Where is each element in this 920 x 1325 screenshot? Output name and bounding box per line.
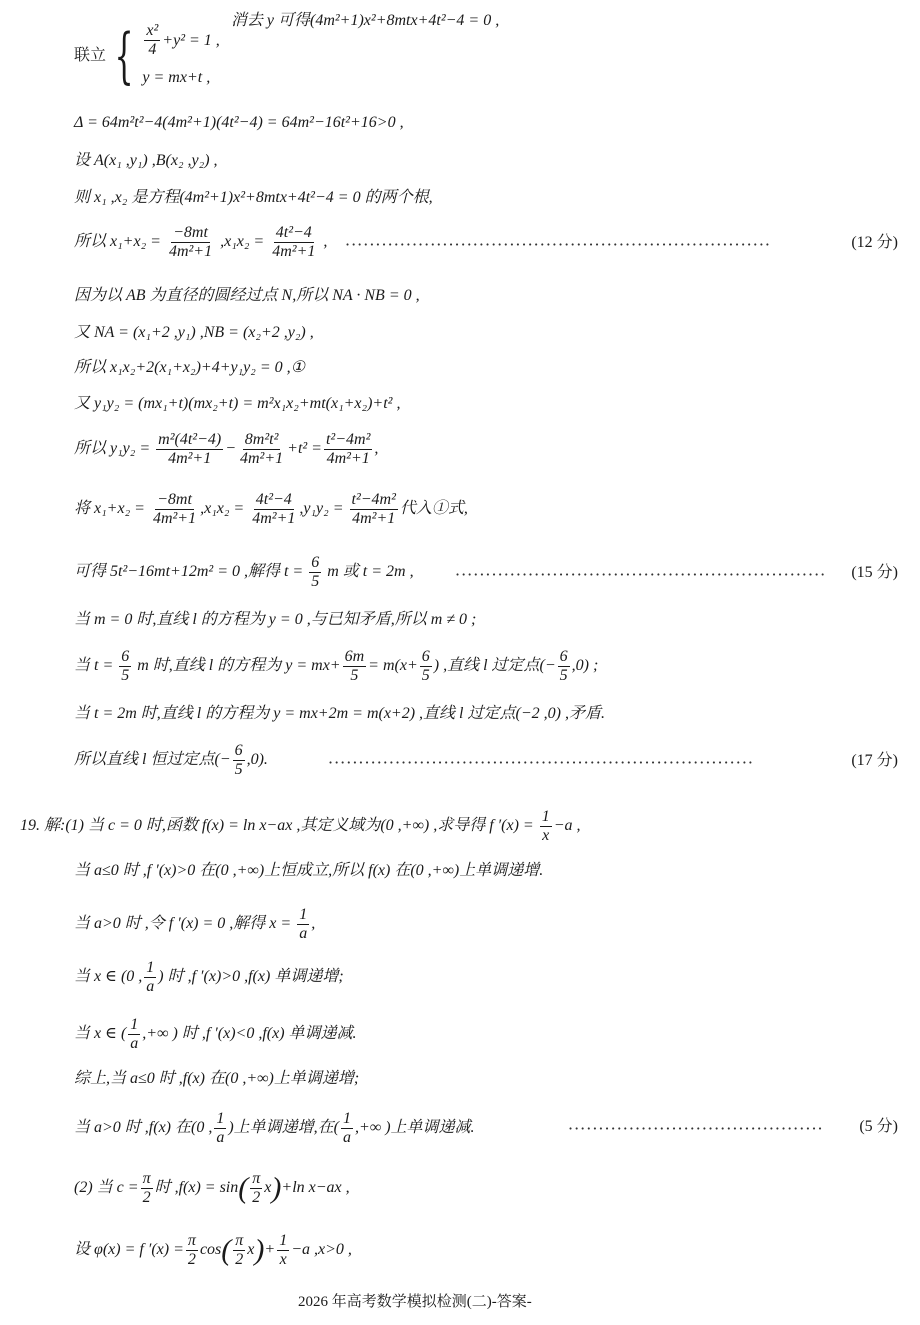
q19-decreasing-interval-line: 当 x ∈ (1a,+∞ ) 时 ,f ′(x)<0 ,f(x) 单调递减. bbox=[74, 1016, 357, 1053]
t-six-fifths-case-line: 当 t = 65 m 时,直线 l 的方程为 y = mx+6m5= m(x+6… bbox=[74, 648, 598, 685]
vectors-line: 又 NA = (x₁+2 ,y₁) ,NB = (x₂+2 ,y₂) , bbox=[74, 322, 314, 344]
score-17: (17 分) bbox=[851, 750, 898, 772]
lianli-label: 联立 bbox=[74, 45, 106, 64]
brace-symbol: { bbox=[115, 26, 134, 86]
score-15: (15 分) bbox=[851, 562, 898, 584]
page-footer: 2026 年高考数学模拟检测(二)-答案- bbox=[298, 1290, 532, 1311]
q19-summary-line: 综上,当 a≤0 时 ,f(x) 在(0 ,+∞)上单调递增; bbox=[74, 1068, 359, 1090]
y1y2-expand-line: 又 y₁y₂ = (mx₁+t)(mx₂+t) = m²x₁x₂+mt(x₁+x… bbox=[74, 393, 400, 415]
equation-one-line: 所以 x₁x₂+2(x₁+x₂)+4+y₁y₂ = 0 ,① bbox=[74, 357, 305, 379]
equation-system: x²4+y² = 1 , y = mx+t , bbox=[142, 22, 219, 89]
eliminate-text: 消去 y 可得(4m²+1)x²+8mtx+4t²−4 = 0 , bbox=[231, 12, 499, 29]
dotted-leader: ········································… bbox=[345, 234, 825, 256]
ellipse-equation: x²4+y² = 1 , bbox=[142, 22, 219, 59]
q19-increasing-interval-line: 当 x ∈ (0 ,1a) 时 ,f ′(x)>0 ,f(x) 单调递增; bbox=[74, 959, 344, 996]
solve-t-line: 可得 5t²−16mt+12m² = 0 ,解得 t = 65 m 或 t = … bbox=[74, 554, 414, 591]
dotted-leader: ········································… bbox=[455, 564, 825, 586]
y1y2-result-line: 所以 y₁y₂ = m²(4t²−4)4m²+1−8m²t²4m²+1+t² =… bbox=[74, 431, 378, 468]
roots-line: 则 x₁ ,x₂ 是方程(4m²+1)x²+8mtx+4t²−4 = 0 的两个… bbox=[74, 187, 433, 209]
t-2m-case-line: 当 t = 2m 时,直线 l 的方程为 y = mx+2m = m(x+2) … bbox=[74, 703, 605, 725]
q19-phi-def-line: 设 φ(x) = f ′(x) =π2cos(π2x)+1x−a ,x>0 , bbox=[74, 1232, 352, 1269]
dotted-leader: ········································… bbox=[328, 752, 825, 774]
dotted-leader: ········································… bbox=[568, 1118, 825, 1140]
q19-part2-line: (2) 当 c =π2时 ,f(x) = sin(π2x)+ln x−ax , bbox=[74, 1170, 350, 1207]
q19-a-nonpositive-line: 当 a≤0 时 ,f ′(x)>0 在(0 ,+∞)上恒成立,所以 f(x) 在… bbox=[74, 860, 543, 882]
circle-condition-line: 因为以 AB 为直径的圆经过点 N,所以 NA · NB = 0 , bbox=[74, 285, 420, 307]
q19-intro-line: 19. 解:(1) 当 c = 0 时,函数 f(x) = ln x−ax ,其… bbox=[20, 808, 581, 845]
system-line: 联立 { x²4+y² = 1 , y = mx+t , 消去 y 可得(4m²… bbox=[74, 22, 499, 89]
q19-summary-a-positive-line: 当 a>0 时 ,f(x) 在(0 ,1a)上单调递增,在(1a,+∞ )上单调… bbox=[74, 1110, 475, 1147]
line-equation: y = mx+t , bbox=[142, 67, 219, 89]
q19-a-positive-line: 当 a>0 时 ,令 f ′(x) = 0 ,解得 x = 1a, bbox=[74, 906, 315, 943]
vieta-line: 所以 x₁+x₂ = −8mt4m²+1 ,x₁x₂ = 4t²−44m²+1 … bbox=[74, 224, 327, 261]
fixed-point-conclusion-line: 所以直线 l 恒过定点(−65,0). bbox=[74, 742, 268, 779]
discriminant-line: Δ = 64m²t²−4(4m²+1)(4t²−4) = 64m²−16t²+1… bbox=[74, 112, 404, 134]
points-def-line: 设 A(x₁ ,y₁) ,B(x₂ ,y₂) , bbox=[74, 150, 218, 172]
substitute-line: 将 x₁+x₂ = −8mt4m²+1,x₁x₂ = 4t²−44m²+1,y₁… bbox=[74, 491, 468, 528]
score-5: (5 分) bbox=[859, 1116, 898, 1138]
score-12: (12 分) bbox=[851, 232, 898, 254]
m-zero-case-line: 当 m = 0 时,直线 l 的方程为 y = 0 ,与已知矛盾,所以 m ≠ … bbox=[74, 609, 476, 631]
